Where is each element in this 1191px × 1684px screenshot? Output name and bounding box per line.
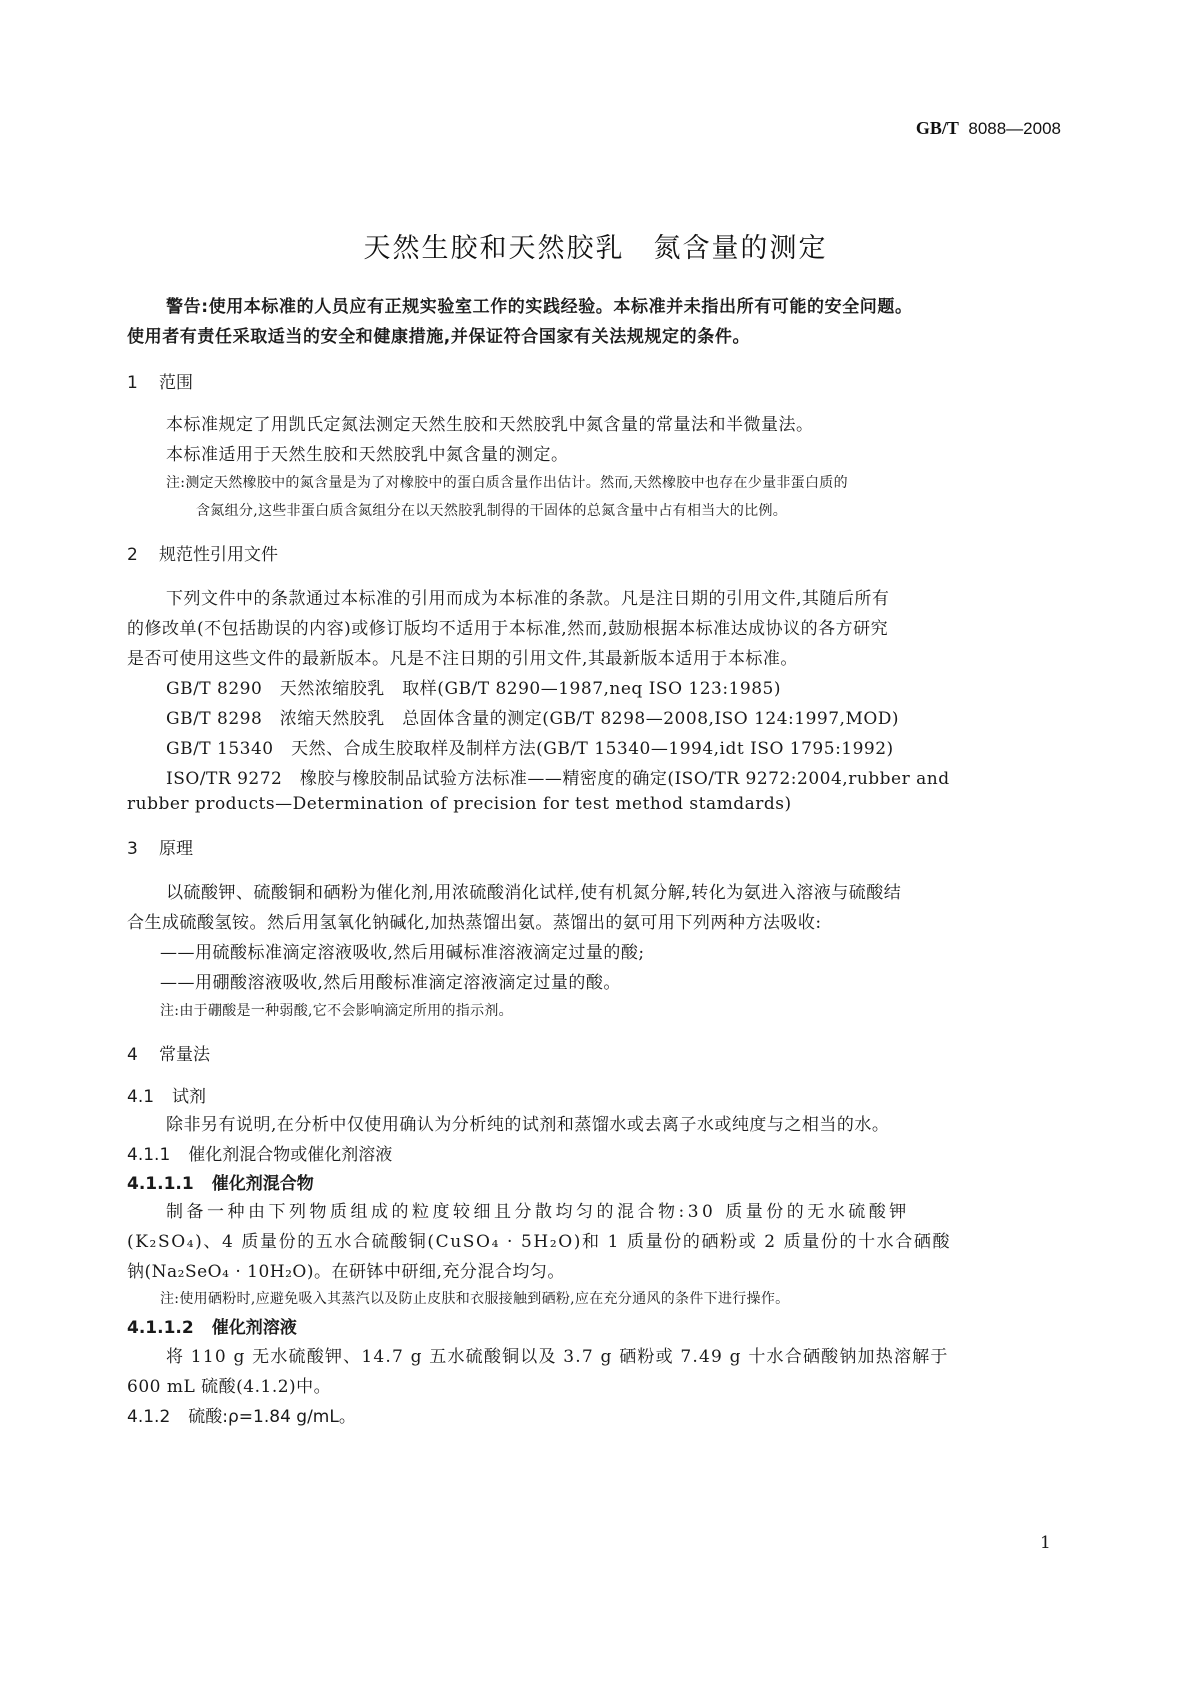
section-title: 催化剂混合物 bbox=[212, 1174, 314, 1194]
section-number: 4.1 bbox=[127, 1087, 154, 1107]
section-number: 2 bbox=[127, 545, 159, 565]
section-title: 常量法 bbox=[159, 1045, 210, 1065]
standard-number: 8088—2008 bbox=[968, 119, 1061, 138]
section-4-1-2-heading: 4.1.2硫酸:ρ=1.84 g/mL。 bbox=[127, 1402, 356, 1427]
section-title: 硫酸:ρ=1.84 g/mL。 bbox=[188, 1407, 356, 1427]
section-4-1-para: 除非另有说明,在分析中仅使用确认为分析纯的试剂和蒸馏水或去离子水或纯度与之相当的… bbox=[166, 1110, 889, 1135]
section-3-list-item: ——用硫酸标准滴定溶液吸收,然后用碱标准溶液滴定过量的酸; bbox=[160, 938, 645, 963]
section-title: 催化剂溶液 bbox=[212, 1318, 297, 1338]
section-4-1-1-1-note: 注:使用硒粉时,应避免吸入其蒸汽以及防止皮肤和衣服接触到硒粉,应在充分通风的条件… bbox=[160, 1288, 789, 1308]
section-number: 4.1.1 bbox=[127, 1145, 170, 1165]
section-title: 试剂 bbox=[172, 1087, 206, 1107]
section-title: 催化剂混合物或催化剂溶液 bbox=[188, 1145, 392, 1165]
section-3-list-item: ——用硼酸溶液吸收,然后用酸标准滴定溶液滴定过量的酸。 bbox=[160, 968, 621, 993]
section-3-heading: 3原理 bbox=[127, 834, 193, 859]
section-number: 3 bbox=[127, 839, 159, 859]
section-4-1-1-1-para-line-1: 制备一种由下列物质组成的粒度较细且分散均匀的混合物:30 质量份的无水硫酸钾 bbox=[166, 1197, 910, 1222]
section-title: 范围 bbox=[159, 373, 193, 393]
section-number: 4.1.1.1 bbox=[127, 1174, 194, 1194]
section-4-1-1-2-para-line-2: 600 mL 硫酸(4.1.2)中。 bbox=[127, 1372, 331, 1397]
section-4-1-1-1-para-line-3: 钠(Na₂SeO₄ · 10H₂O)。在研钵中研细,充分混合均匀。 bbox=[127, 1257, 565, 1282]
page-number: 1 bbox=[1040, 1533, 1051, 1553]
section-1-note-1: 注:测定天然橡胶中的氮含量是为了对橡胶中的蛋白质含量作出估计。然而,天然橡胶中也… bbox=[166, 472, 848, 492]
section-4-1-1-heading: 4.1.1催化剂混合物或催化剂溶液 bbox=[127, 1140, 392, 1165]
section-number: 4.1.1.2 bbox=[127, 1318, 194, 1338]
section-number: 4.1.2 bbox=[127, 1407, 170, 1427]
warning-line-2: 使用者有责任采取适当的安全和健康措施,并保证符合国家有关法规规定的条件。 bbox=[127, 322, 1057, 347]
reference-item: GB/T 8290 天然浓缩胶乳 取样(GB/T 8290—1987,neq I… bbox=[166, 674, 781, 699]
standard-prefix: GB/T bbox=[916, 118, 959, 138]
standard-code: GB/T 8088—2008 bbox=[916, 118, 1061, 139]
section-4-1-1-1-para-line-2: (K₂SO₄)、4 质量份的五水合硫酸铜(CuSO₄ · 5H₂O)和 1 质量… bbox=[127, 1227, 951, 1252]
reference-item-continuation: rubber products—Determination of precisi… bbox=[127, 794, 792, 814]
section-2-para-line-2: 的修改单(不包括勘误的内容)或修订版均不适用于本标准,然而,鼓励根据本标准达成协… bbox=[127, 614, 888, 639]
section-number: 4 bbox=[127, 1045, 159, 1065]
section-1-note-2: 含氮组分,这些非蛋白质含氮组分在以天然胶乳制得的干固体的总氮含量中占有相当大的比… bbox=[196, 500, 787, 520]
section-1-heading: 1范围 bbox=[127, 368, 193, 393]
section-title: 原理 bbox=[159, 839, 193, 859]
section-1-para-1: 本标准规定了用凯氏定氮法测定天然生胶和天然胶乳中氮含量的常量法和半微量法。 bbox=[166, 410, 814, 435]
section-4-1-1-1-heading: 4.1.1.1催化剂混合物 bbox=[127, 1169, 314, 1194]
section-4-1-1-2-para-line-1: 将 110 g 无水硫酸钾、14.7 g 五水硫酸铜以及 3.7 g 硒粉或 7… bbox=[166, 1342, 949, 1367]
section-3-para-line-1: 以硫酸钾、硫酸铜和硒粉为催化剂,用浓硫酸消化试样,使有机氮分解,转化为氨进入溶液… bbox=[166, 878, 901, 903]
section-2-heading: 2规范性引用文件 bbox=[127, 540, 278, 565]
section-4-1-heading: 4.1试剂 bbox=[127, 1082, 206, 1107]
section-title: 规范性引用文件 bbox=[159, 545, 278, 565]
section-number: 1 bbox=[127, 373, 159, 393]
reference-item: GB/T 8298 浓缩天然胶乳 总固体含量的测定(GB/T 8298—2008… bbox=[166, 704, 899, 729]
section-3-note: 注:由于硼酸是一种弱酸,它不会影响滴定所用的指示剂。 bbox=[160, 1000, 513, 1020]
section-1-para-2: 本标准适用于天然生胶和天然胶乳中氮含量的测定。 bbox=[166, 440, 569, 465]
document-title: 天然生胶和天然胶乳 氮含量的测定 bbox=[0, 226, 1191, 265]
section-4-1-1-2-heading: 4.1.1.2催化剂溶液 bbox=[127, 1313, 297, 1338]
warning-line-1: 警告:使用本标准的人员应有正规实验室工作的实践经验。本标准并未指出所有可能的安全… bbox=[166, 292, 1096, 317]
section-2-para-line-3: 是否可使用这些文件的最新版本。凡是不注日期的引用文件,其最新版本适用于本标准。 bbox=[127, 644, 798, 669]
section-3-para-line-2: 合生成硫酸氢铵。然后用氢氧化钠碱化,加热蒸馏出氨。蒸馏出的氨可用下列两种方法吸收… bbox=[127, 908, 822, 933]
reference-item: GB/T 15340 天然、合成生胶取样及制样方法(GB/T 15340—199… bbox=[166, 734, 894, 759]
section-2-para-line-1: 下列文件中的条款通过本标准的引用而成为本标准的条款。凡是注日期的引用文件,其随后… bbox=[166, 584, 889, 609]
reference-item: ISO/TR 9272 橡胶与橡胶制品试验方法标准——精密度的确定(ISO/TR… bbox=[166, 764, 950, 789]
section-4-heading: 4常量法 bbox=[127, 1040, 210, 1065]
